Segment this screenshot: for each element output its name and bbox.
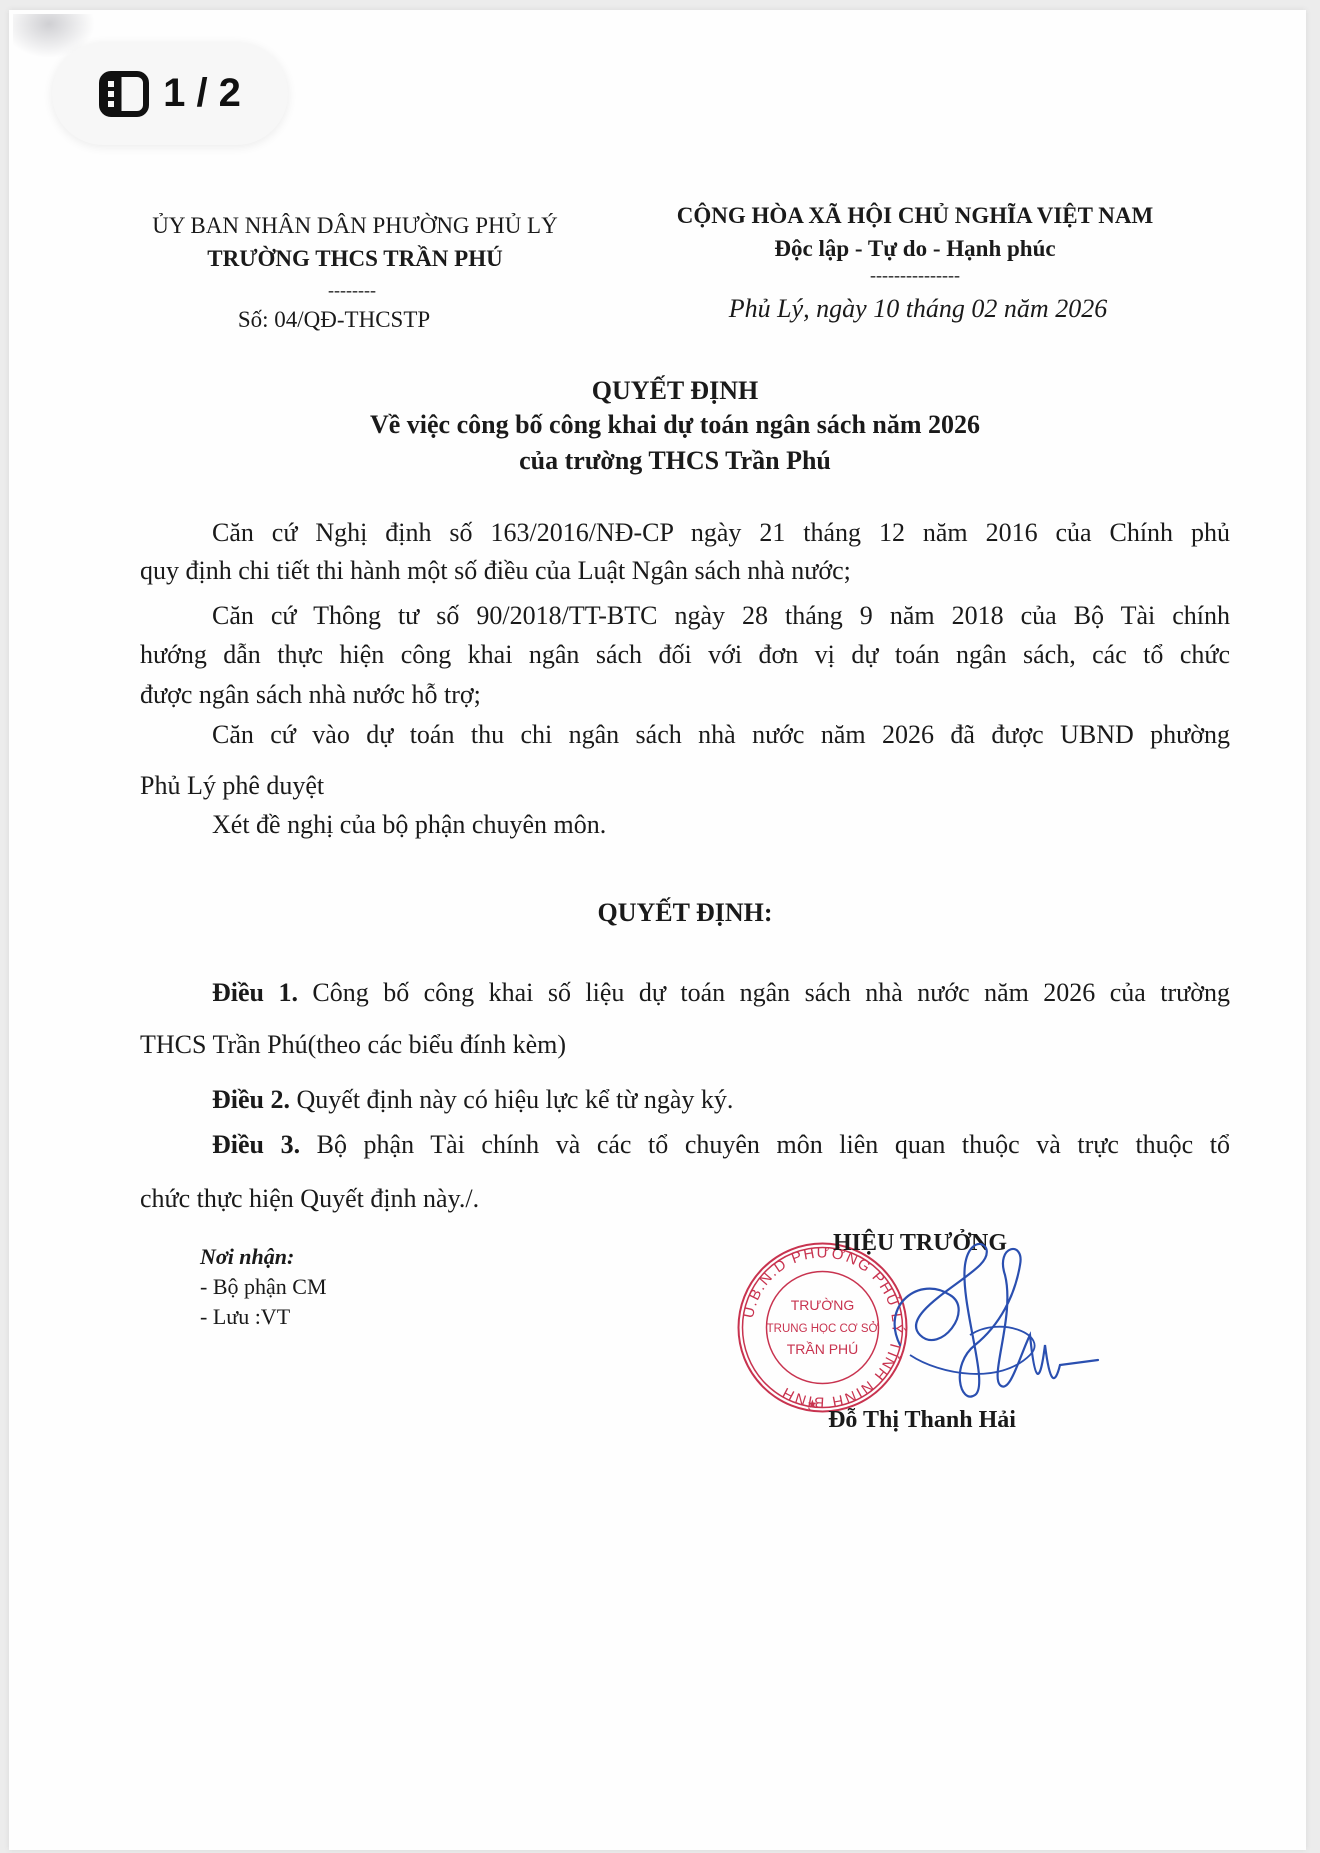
article-1-line-1: Điều 1. Công bố công khai số liệu dự toá… (140, 978, 1230, 1008)
page-thumbnails-icon (99, 71, 149, 117)
preamble-line: được ngân sách nhà nước hỗ trợ; (140, 680, 1230, 710)
recipients-title: Nơi nhận: (200, 1244, 294, 1270)
preamble-line: Căn cứ Thông tư số 90/2018/TT-BTC ngày 2… (140, 601, 1230, 631)
decision-heading: QUYẾT ĐỊNH: (597, 898, 772, 928)
country-name: CỘNG HÒA XÃ HỘI CHỦ NGHĨA VIỆT NAM (677, 203, 1153, 229)
left-separator: -------- (328, 280, 376, 301)
article-3-line-2: chức thực hiện Quyết định này./. (140, 1184, 1230, 1214)
document-number: Số: 04/QĐ-THCSTP (238, 307, 430, 333)
article-2-label: Điều 2. (212, 1085, 290, 1114)
preamble-line: Phủ Lý phê duyệt (140, 771, 1230, 801)
signer-title: HIỆU TRƯỞNG (833, 1230, 1007, 1257)
place-and-date: Phủ Lý, ngày 10 tháng 02 năm 2026 (729, 294, 1107, 324)
recipient-item: - Lưu :VT (200, 1304, 290, 1330)
right-separator: --------------- (870, 265, 960, 286)
issuing-authority: ỦY BAN NHÂN DÂN PHƯỜNG PHỦ LÝ (152, 213, 557, 239)
preamble-line: hướng dẫn thực hiện công khai ngân sách … (140, 640, 1230, 670)
preamble-line: quy định chi tiết thi hành một số điều c… (140, 556, 1230, 586)
national-motto: Độc lập - Tự do - Hạnh phúc (774, 236, 1055, 262)
document-subtitle-line-1: Về việc công bố công khai dự toán ngân s… (370, 410, 980, 440)
article-1-line-2: THCS Trần Phú(theo các biểu đính kèm) (140, 1030, 1230, 1060)
document-page (9, 10, 1306, 1850)
article-3-label: Điều 3. (212, 1130, 300, 1159)
page-indicator-button[interactable]: 1 / 2 (52, 42, 288, 145)
article-1-label: Điều 1. (212, 978, 298, 1007)
article-3-line-1: Điều 3. Bộ phận Tài chính và các tổ chuy… (140, 1130, 1230, 1160)
preamble-line: Căn cứ Nghị định số 163/2016/NĐ-CP ngày … (140, 518, 1230, 548)
preamble-line: Căn cứ vào dự toán thu chi ngân sách nhà… (140, 720, 1230, 750)
page-indicator-text: 1 / 2 (163, 71, 241, 116)
recipient-item: - Bộ phận CM (200, 1274, 327, 1300)
organization-name: TRƯỜNG THCS TRẦN PHÚ (207, 246, 502, 272)
preamble-line: Xét đề nghị của bộ phận chuyên môn. (140, 810, 1230, 840)
article-2-line-1: Điều 2. Quyết định này có hiệu lực kể từ… (140, 1085, 1230, 1115)
signer-name: Đỗ Thị Thanh Hải (828, 1407, 1016, 1434)
document-title: QUYẾT ĐỊNH (592, 376, 758, 406)
document-subtitle-line-2: của trường THCS Trần Phú (519, 446, 831, 476)
